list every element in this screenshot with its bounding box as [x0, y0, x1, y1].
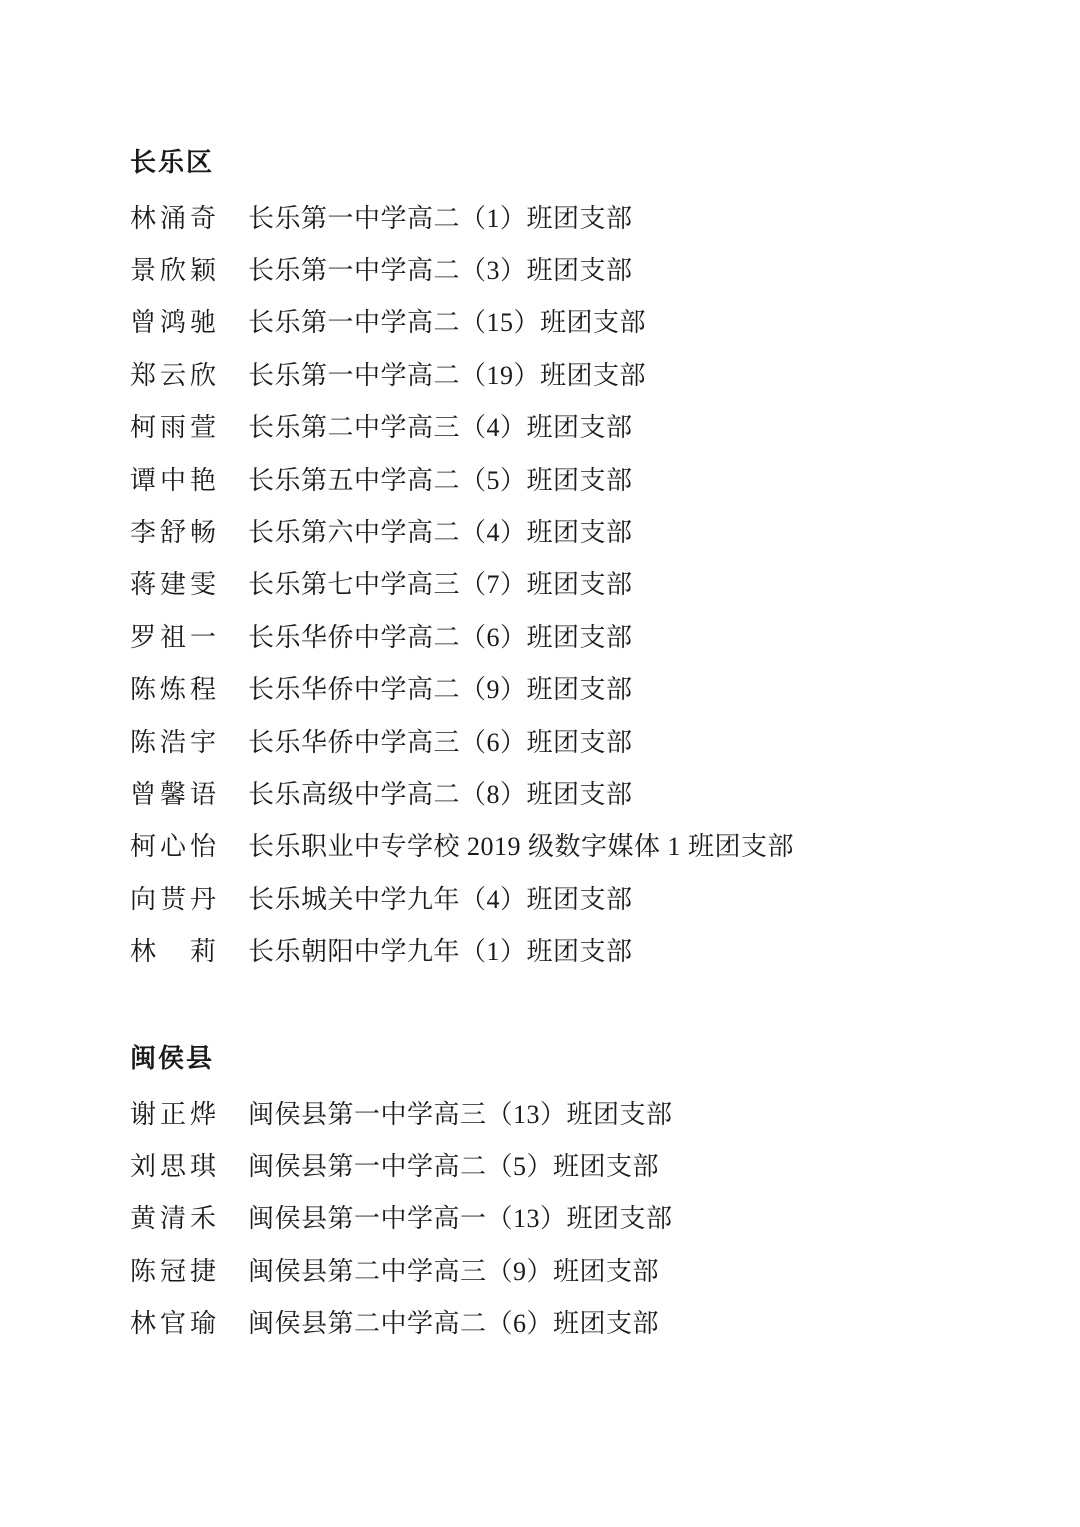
document-page: 长乐区 林涌奇 长乐第一中学高二（1）班团支部 景欣颖 长乐第一中学高二（3）班…	[0, 0, 1080, 1527]
member-branch: 长乐第七中学高三（7）班团支部	[248, 564, 633, 601]
district-section: 闽侯县 谢正烨 闽侯县第一中学高三（13）班团支部 刘思琪 闽侯县第一中学高二（…	[130, 1031, 1040, 1348]
member-name: 景欣颖	[130, 250, 216, 287]
member-name: 蒋建雯	[130, 564, 216, 601]
member-branch: 长乐华侨中学高二（6）班团支部	[248, 617, 633, 654]
member-branch: 长乐第一中学高二（19）班团支部	[248, 355, 646, 392]
member-branch: 长乐华侨中学高二（9）班团支部	[248, 669, 633, 706]
member-row: 罗祖一 长乐华侨中学高二（6）班团支部	[130, 609, 1040, 661]
member-branch: 闽侯县第一中学高二（5）班团支部	[248, 1146, 659, 1183]
member-branch: 闽侯县第一中学高一（13）班团支部	[248, 1198, 673, 1235]
member-name: 向贳丹	[130, 879, 216, 916]
member-name: 曾馨语	[130, 774, 216, 811]
member-row: 刘思琪 闽侯县第一中学高二（5）班团支部	[130, 1138, 1040, 1190]
member-name: 陈炼程	[130, 669, 216, 706]
member-row: 黄清禾 闽侯县第一中学高一（13）班团支部	[130, 1191, 1040, 1243]
member-branch: 长乐第一中学高二（1）班团支部	[248, 198, 633, 235]
member-name: 林官瑜	[130, 1303, 216, 1340]
member-branch: 长乐第六中学高二（4）班团支部	[248, 512, 633, 549]
member-row: 谭中艳 长乐第五中学高二（5）班团支部	[130, 452, 1040, 504]
member-branch: 长乐华侨中学高三（6）班团支部	[248, 722, 633, 759]
member-branch: 长乐城关中学九年（4）班团支部	[248, 879, 633, 916]
district-title: 闽侯县	[130, 1031, 1040, 1086]
member-branch: 长乐第五中学高二（5）班团支部	[248, 460, 633, 497]
member-row: 柯心怡 长乐职业中专学校 2019 级数字媒体 1 班团支部	[130, 819, 1040, 871]
member-row: 曾馨语 长乐高级中学高二（8）班团支部	[130, 766, 1040, 818]
member-name: 刘思琪	[130, 1146, 216, 1183]
member-list: 长乐区 林涌奇 长乐第一中学高二（1）班团支部 景欣颖 长乐第一中学高二（3）班…	[0, 0, 1080, 1348]
member-branch: 长乐第一中学高二（3）班团支部	[248, 250, 633, 287]
member-name: 黄清禾	[130, 1198, 216, 1235]
member-row: 林 莉 长乐朝阳中学九年（1）班团支部	[130, 923, 1040, 975]
member-name: 谭中艳	[130, 460, 216, 497]
member-row: 陈冠捷 闽侯县第二中学高三（9）班团支部	[130, 1243, 1040, 1295]
member-row: 陈炼程 长乐华侨中学高二（9）班团支部	[130, 662, 1040, 714]
member-row: 林官瑜 闽侯县第二中学高二（6）班团支部	[130, 1295, 1040, 1347]
member-branch: 长乐第一中学高二（15）班团支部	[248, 302, 646, 339]
district-title: 长乐区	[130, 135, 1040, 190]
member-name: 柯心怡	[130, 826, 216, 863]
member-name: 林涌奇	[130, 198, 216, 235]
district-section: 长乐区 林涌奇 长乐第一中学高二（1）班团支部 景欣颖 长乐第一中学高二（3）班…	[130, 135, 1040, 976]
member-row: 景欣颖 长乐第一中学高二（3）班团支部	[130, 242, 1040, 294]
member-row: 林涌奇 长乐第一中学高二（1）班团支部	[130, 190, 1040, 242]
member-row: 李舒畅 长乐第六中学高二（4）班团支部	[130, 504, 1040, 556]
member-name: 谢正烨	[130, 1094, 216, 1131]
member-name: 曾鸿驰	[130, 302, 216, 339]
member-name: 李舒畅	[130, 512, 216, 549]
member-name: 柯雨萱	[130, 407, 216, 444]
member-row: 陈浩宇 长乐华侨中学高三（6）班团支部	[130, 714, 1040, 766]
member-name: 陈冠捷	[130, 1251, 216, 1288]
member-name: 罗祖一	[130, 617, 216, 654]
member-branch: 长乐第二中学高三（4）班团支部	[248, 407, 633, 444]
member-branch: 长乐朝阳中学九年（1）班团支部	[248, 931, 633, 968]
member-rows: 谢正烨 闽侯县第一中学高三（13）班团支部 刘思琪 闽侯县第一中学高二（5）班团…	[130, 1086, 1040, 1348]
member-branch: 长乐高级中学高二（8）班团支部	[248, 774, 633, 811]
member-branch: 闽侯县第一中学高三（13）班团支部	[248, 1094, 673, 1131]
member-row: 曾鸿驰 长乐第一中学高二（15）班团支部	[130, 295, 1040, 347]
member-branch: 长乐职业中专学校 2019 级数字媒体 1 班团支部	[248, 826, 794, 863]
member-branch: 闽侯县第二中学高三（9）班团支部	[248, 1251, 659, 1288]
member-name: 郑云欣	[130, 355, 216, 392]
member-row: 向贳丹 长乐城关中学九年（4）班团支部	[130, 871, 1040, 923]
member-row: 郑云欣 长乐第一中学高二（19）班团支部	[130, 347, 1040, 399]
member-branch: 闽侯县第二中学高二（6）班团支部	[248, 1303, 659, 1340]
member-row: 谢正烨 闽侯县第一中学高三（13）班团支部	[130, 1086, 1040, 1138]
member-row: 蒋建雯 长乐第七中学高三（7）班团支部	[130, 557, 1040, 609]
member-row: 柯雨萱 长乐第二中学高三（4）班团支部	[130, 400, 1040, 452]
member-name: 陈浩宇	[130, 722, 216, 759]
member-rows: 林涌奇 长乐第一中学高二（1）班团支部 景欣颖 长乐第一中学高二（3）班团支部 …	[130, 190, 1040, 976]
member-name: 林 莉	[130, 931, 216, 968]
